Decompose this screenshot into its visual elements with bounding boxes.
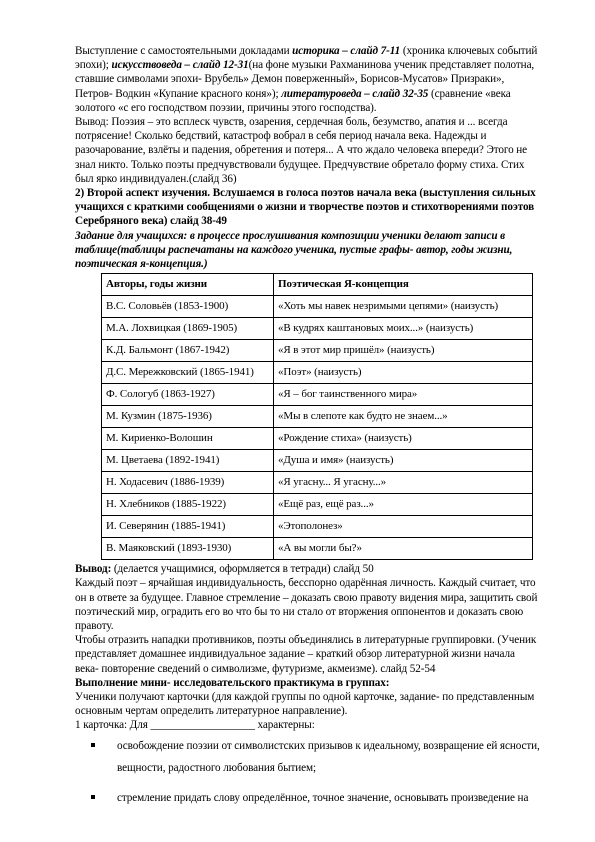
table-row: И. Северянин (1885-1941)«Этополонез» [102, 516, 533, 538]
concept-cell: «Я – бог таинственного мира» [274, 384, 533, 406]
square-bullet-icon [91, 795, 95, 799]
feature-item: освобождение поэзии от символистских при… [89, 735, 540, 779]
author-cell: М. Кузмин (1875-1936) [102, 406, 274, 428]
section-2-heading: 2) Второй аспект изучения. Вслушаемся в … [75, 186, 540, 229]
author-cell: Н. Хлебников (1885-1922) [102, 494, 274, 516]
concept-cell: «Ещё раз, ещё раз...» [274, 494, 533, 516]
table-row: В. Маяковский (1893-1930)«А вы могли бы?… [102, 538, 533, 560]
student-task: Задание для учащихся: в процессе прослуш… [75, 229, 540, 272]
table-row: Н. Ходасевич (1886-1939)«Я угасну... Я у… [102, 472, 533, 494]
intro-paragraph: Выступление с самостоятельными докладами… [75, 44, 540, 115]
practicum-heading: Выполнение мини- исследовательского прак… [75, 676, 540, 690]
author-cell: М. Цветаева (1892-1941) [102, 450, 274, 472]
concept-cell: «Этополонез» [274, 516, 533, 538]
concept-cell: «Мы в слепоте как будто не знаем...» [274, 406, 533, 428]
art-historian-slide-ref: искусствоведа – слайд 12-31 [112, 59, 249, 71]
document-page: Выступление с самостоятельными докладами… [75, 44, 540, 809]
author-cell: М.А. Лохвицкая (1869-1905) [102, 318, 274, 340]
author-cell: И. Северянин (1885-1941) [102, 516, 274, 538]
spacer [89, 779, 540, 787]
table-row: М.А. Лохвицкая (1869-1905)«В кудрях кашт… [102, 318, 533, 340]
table-row: Н. Хлебников (1885-1922)«Ещё раз, ещё ра… [102, 494, 533, 516]
conclusion-paragraph-2: Чтобы отразить нападки противников, поэт… [75, 633, 540, 676]
author-cell: М. Кириенко-Волошин [102, 428, 274, 450]
table-row: К.Д. Бальмонт (1867-1942)«Я в этот мир п… [102, 340, 533, 362]
feature-item: стремление придать слову определённое, т… [89, 787, 540, 809]
concept-cell: «Поэт» (наизусть) [274, 362, 533, 384]
concept-cell: Поэтическая Я-концепция [274, 274, 533, 296]
table-row: В.С. Соловьёв (1853-1900)«Хоть мы навек … [102, 296, 533, 318]
cards-paragraph: Ученики получают карточки (для каждой гр… [75, 690, 540, 718]
author-cell: Авторы, годы жизни [102, 274, 274, 296]
author-cell: Ф. Сологуб (1863-1927) [102, 384, 274, 406]
concept-cell: «А вы могли бы?» [274, 538, 533, 560]
conclusion-paragraph-1: Каждый поэт – ярчайшая индивидуальность,… [75, 576, 540, 633]
author-cell: Д.С. Мережковский (1865-1941) [102, 362, 274, 384]
historian-slide-ref: историка – слайд 7-11 [292, 45, 400, 57]
concept-cell: «В кудрях каштановых моих...» (наизусть) [274, 318, 533, 340]
concept-cell: «Душа и имя» (наизусть) [274, 450, 533, 472]
concept-cell: «Я в этот мир пришёл» (наизусть) [274, 340, 533, 362]
concept-cell: «Хоть мы навек незримыми цепями» (наизус… [274, 296, 533, 318]
author-cell: К.Д. Бальмонт (1867-1942) [102, 340, 274, 362]
card-1-line: 1 карточка: Для ___________________ хара… [75, 718, 540, 732]
table-row: М. Кузмин (1875-1936)«Мы в слепоте как б… [102, 406, 533, 428]
intro-conclusion: Вывод: Поэзия – это всплеск чувств, озар… [75, 115, 540, 186]
table-header-row: Авторы, годы жизниПоэтическая Я-концепци… [102, 274, 533, 296]
literary-critic-slide-ref: литературоведа – слайд 32-35 [281, 88, 428, 100]
table-row: Д.С. Мережковский (1865-1941)«Поэт» (наи… [102, 362, 533, 384]
conclusion-heading: Вывод: (делается учащимися, оформляется … [75, 562, 540, 576]
square-bullet-icon [91, 743, 95, 747]
author-cell: В.С. Соловьёв (1853-1900) [102, 296, 274, 318]
card-1-features: освобождение поэзии от символистских при… [75, 735, 540, 809]
author-cell: Н. Ходасевич (1886-1939) [102, 472, 274, 494]
concept-cell: «Я угасну... Я угасну...» [274, 472, 533, 494]
poets-table: Авторы, годы жизниПоэтическая Я-концепци… [101, 273, 533, 560]
table-row: М. Цветаева (1892-1941)«Душа и имя» (наи… [102, 450, 533, 472]
author-cell: В. Маяковский (1893-1930) [102, 538, 274, 560]
concept-cell: «Рождение стиха» (наизусть) [274, 428, 533, 450]
table-row: М. Кириенко-Волошин«Рождение стиха» (наи… [102, 428, 533, 450]
table-row: Ф. Сологуб (1863-1927)«Я – бог таинствен… [102, 384, 533, 406]
